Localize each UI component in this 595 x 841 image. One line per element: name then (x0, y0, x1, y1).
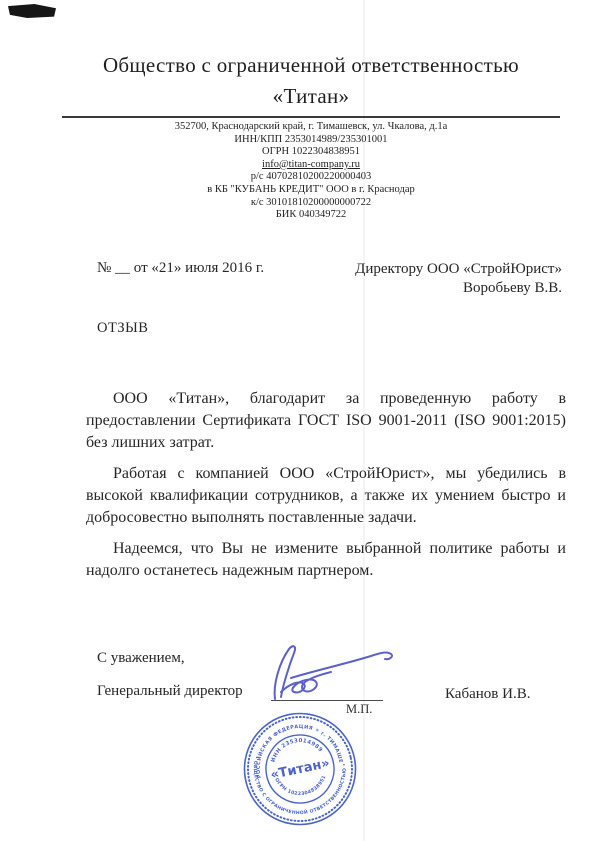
closing-salutation: С уважением, (97, 650, 185, 667)
letterhead-bank: в КБ "КУБАНЬ КРЕДИТ" ООО в г. Краснодар (62, 184, 560, 197)
scanned-letter-page: Общество с ограниченной ответственностью… (0, 0, 595, 841)
document-title: ОТЗЫВ (97, 320, 148, 337)
letterhead-inn-kpp: ИНН/КПП 2353014989/235301001 (62, 134, 560, 147)
handwritten-signature-icon (243, 641, 401, 703)
body-paragraph-1: ООО «Титан», благодарит за проведенную р… (86, 388, 566, 454)
signer-name: Кабанов И.В. (445, 686, 530, 703)
letterhead-email: info@titan-company.ru (62, 159, 560, 172)
letterhead: Общество с ограниченной ответственностью… (62, 50, 560, 222)
org-name-line1: Общество с ограниченной ответственностью (62, 50, 560, 81)
body-paragraph-3: Надеемся, что Вы не измените выбранной п… (86, 538, 566, 582)
recipient-line1: Директору ООО «СтройЮрист» (355, 260, 562, 279)
signer-position: Генеральный директор (97, 683, 243, 700)
letterhead-address: 352700, Краснодарский край, г. Тимашевск… (62, 121, 560, 134)
reference-number-line: № __ от «21» июля 2016 г. (97, 260, 264, 277)
org-name-line2: «Титан» (62, 81, 560, 112)
recipient-line2: Воробьеву В.В. (355, 279, 562, 298)
recipient-block: Директору ООО «СтройЮрист» Воробьеву В.В… (355, 260, 562, 298)
letterhead-divider (62, 116, 560, 118)
body-paragraph-2: Работая с компанией ООО «СтройЮрист», мы… (86, 463, 566, 529)
letterhead-bik: БИК 040349722 (62, 209, 560, 222)
letter-body: ООО «Титан», благодарит за проведенную р… (86, 388, 566, 591)
letterhead-account: р/с 40702810200220000403 (62, 171, 560, 184)
letterhead-corr-account: к/с 30101810200000000722 (62, 197, 560, 210)
company-round-stamp: РОССИЙСКАЯ ФЕДЕРАЦИЯ ✳ г. ТИМАШЕВСК • ОБ… (230, 698, 370, 841)
letterhead-ogrn: ОГРН 1022304838951 (62, 146, 560, 159)
scan-artifact-blot (8, 4, 56, 18)
